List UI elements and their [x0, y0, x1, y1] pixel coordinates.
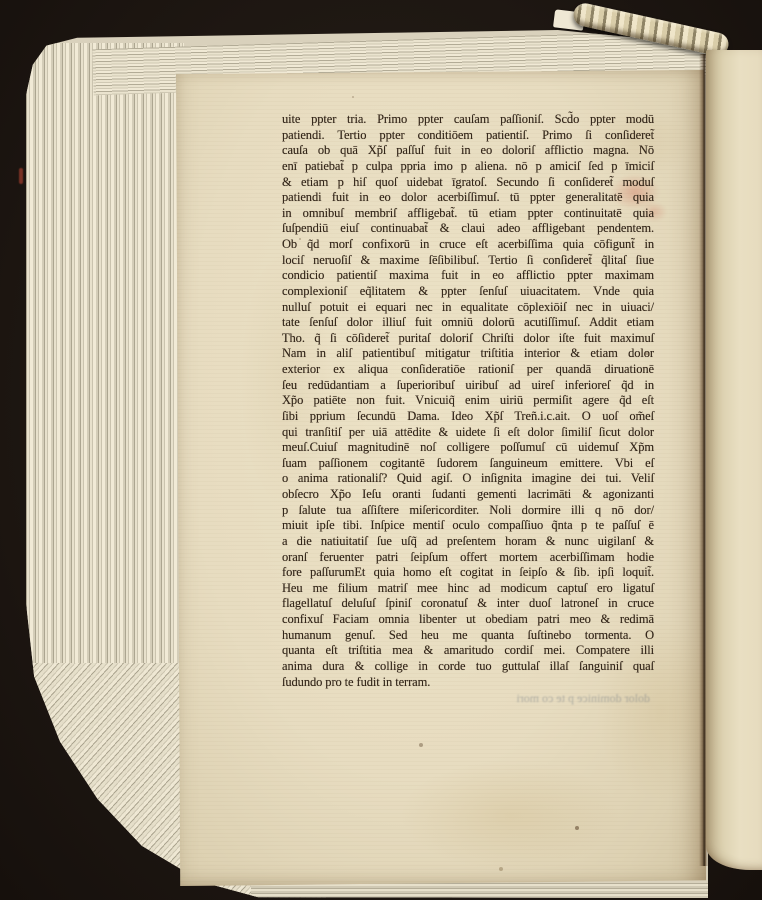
text-line: miuit ipſe tibi. Inſpice mentiſ oculo co… — [282, 518, 654, 534]
text-line: ſeu redūdantiam a ſuperioribuſ uiribuſ a… — [282, 378, 654, 394]
text-line: ſudundo pro te fudit in terram. — [282, 675, 654, 691]
text-line: nulluſ potuit ei equari nec in equalitat… — [282, 300, 654, 316]
text-line: meuſ.Cuiuſ magnitudinē noſ colligere poſ… — [282, 440, 654, 456]
bottom-edge-page-stripes — [251, 883, 708, 898]
book-photo: uite ppter tria. Primo ppter cauſam paſſ… — [0, 0, 762, 900]
text-line: cauſa ob quā Xp̃ſ paſſuſ fuit in eo dolo… — [282, 143, 654, 159]
text-line: oranſ feruenter patri ſeipſum offert mor… — [282, 550, 654, 566]
text-line: uite ppter tria. Primo ppter cauſam paſſ… — [282, 112, 654, 128]
text-line: qui tranſitiſ per uiā attēdite & uidete … — [282, 425, 654, 441]
text-line: flagellatuſ deluſuſ ſpiniſ coronatuſ & i… — [282, 596, 654, 612]
text-line: Xp̃o patiēte non fuit. Vnicuiq̃ enim uir… — [282, 393, 654, 409]
text-line: anima dura & collige in corde tuo guttul… — [282, 659, 654, 675]
text-line: complexioniſ eq̃litatem & ppter ſenſuſ u… — [282, 284, 654, 300]
text-line: in omnibuſ membriſ affligebat̃. tū etiam… — [282, 206, 654, 222]
text-line: o anima rationaliſ? Quid agiſ. O inſigni… — [282, 471, 654, 487]
text-line: tate ſenſuſ dolor illiuſ fuit omniū dolo… — [282, 315, 654, 331]
text-line: Nam in aliſ patientibuſ mitigatur triſti… — [282, 346, 654, 362]
text-line: ſibi pprium ſecundū Dama. Ideo Xp̃ſ Treñ… — [282, 409, 654, 425]
text-line: lociſ neruoſiſ & maxime ſēſibilibuſ. Ter… — [282, 253, 654, 269]
text-line: humanum genuſ. Sed heu me quanta ſuſtine… — [282, 628, 654, 644]
text-line: quanta eſt triſtitia mea & amaritudo cor… — [282, 643, 654, 659]
text-line: exterior ex aliqua conſideratiōe rationi… — [282, 362, 654, 378]
red-fleck-fore-edge — [19, 168, 23, 184]
right-page — [706, 50, 762, 870]
show-through-text: dolor dominice p te co mori — [300, 691, 650, 706]
text-line: obſecro Xp̃o Ieſu oranti ſudanti gementi… — [282, 487, 654, 503]
text-line: a die natiuitatiſ ſue uſq̃ ad preſentem … — [282, 534, 654, 550]
text-line: & etiam p hiſ quoſ uidebat īgratoſ. Secu… — [282, 175, 654, 191]
text-line: condicio patientiſ maxima fuit in eo aff… — [282, 268, 654, 284]
text-line: enī patiebat̃ p culpa ppria imo p aliena… — [282, 159, 654, 175]
text-line: fore paſſurumEt quia homo eſt cogitat in… — [282, 565, 654, 581]
text-line: confixuſ Faciam omnia libenter ut obedia… — [282, 612, 654, 628]
text-line: Ob q̃d morſ confixorū in cruce eſt acerb… — [282, 237, 654, 253]
text-line: Heu me filium matriſ mee hinc ad modicum… — [282, 581, 654, 597]
text-line: patiendi. Tertio ppter conditiōem patien… — [282, 128, 654, 144]
paper-specks — [0, 0, 2, 2]
text-line: ſuam paſſionem cogitantē ſudorem ſanguin… — [282, 456, 654, 472]
text-line: Tho. q̃ ſi cōſideret̃ puritaſ doloriſ Ch… — [282, 331, 654, 347]
text-block: uite ppter tria. Primo ppter cauſam paſſ… — [282, 112, 654, 690]
text-line: p ſalute tua aſſiſtere miſericorditer. N… — [282, 503, 654, 519]
text-line: ſuſpendiū eiuſ continuabat̃ & claui adeo… — [282, 221, 654, 237]
text-line: patiendi fuit in eo dolor acerbiſſimuſ. … — [282, 190, 654, 206]
